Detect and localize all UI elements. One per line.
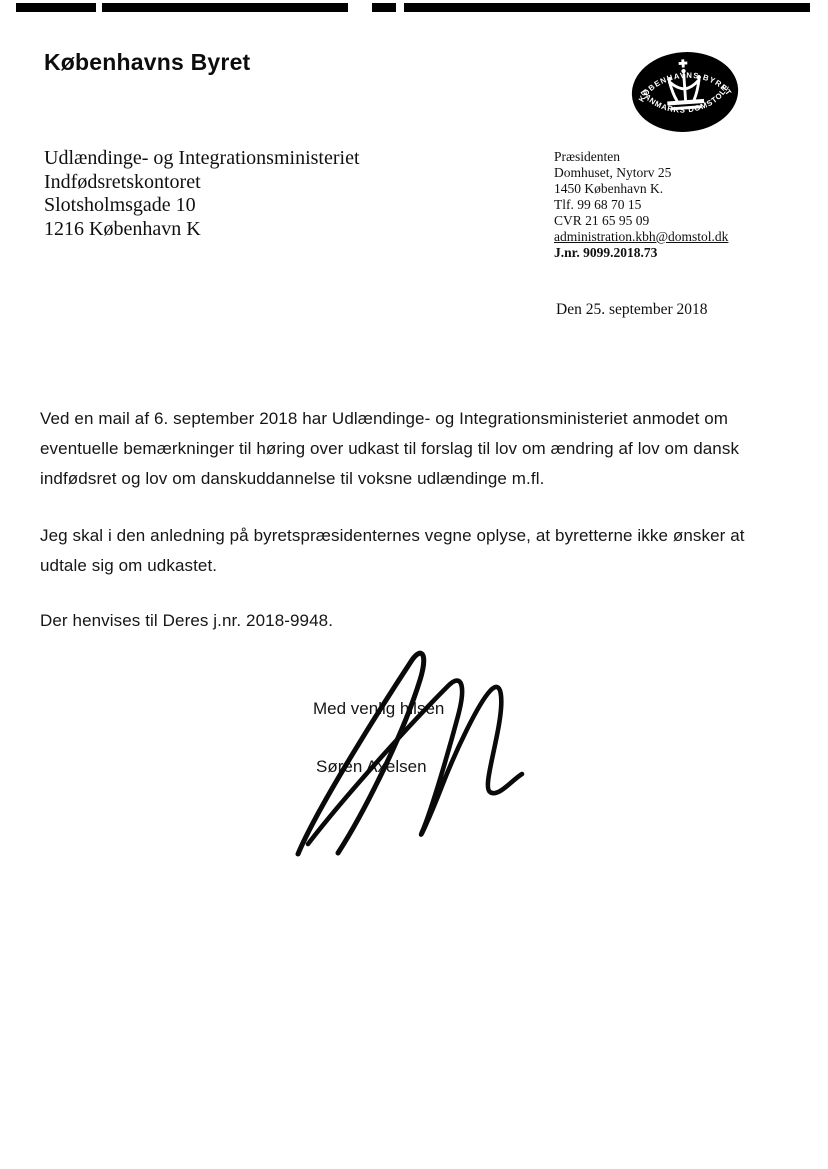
scan-artifact-segment <box>372 3 396 12</box>
body-line: indfødsret og lov om danskuddannelse til… <box>40 464 785 494</box>
scan-artifact-segment <box>102 3 348 12</box>
body-paragraph-3: Der henvises til Deres j.nr. 2018-9948. <box>40 606 785 636</box>
recipient-line: Udlændinge- og Integrationsministeriet <box>44 147 360 171</box>
sender-line: CVR 21 65 95 09 <box>554 213 784 229</box>
sender-line: Domhuset, Nytorv 25 <box>554 165 784 181</box>
court-name-heading: Københavns Byret <box>44 49 250 76</box>
sender-line: Tlf. 99 68 70 15 <box>554 197 784 213</box>
scan-artifact-segment <box>16 3 96 12</box>
letter-page: Københavns Byret KØBENHAVNS BYRET DANMAR… <box>0 0 828 1169</box>
body-paragraph-2: Jeg skal i den anledning på byretspræsid… <box>40 521 785 581</box>
court-seal: KØBENHAVNS BYRET DANMARKS DOMSTOLE <box>625 43 745 141</box>
recipient-address-block: Udlændinge- og Integrationsministeriet I… <box>44 147 360 241</box>
letter-date: Den 25. september 2018 <box>556 301 708 319</box>
sender-line: Præsidenten <box>554 149 784 165</box>
recipient-line: Slotsholmsgade 10 <box>44 194 360 218</box>
body-line: udtale sig om udkastet. <box>40 551 785 581</box>
handwritten-signature <box>290 646 528 860</box>
scan-artifact-segment <box>404 3 810 12</box>
signature-icon <box>290 646 528 860</box>
recipient-line: 1216 København K <box>44 218 360 242</box>
journal-number: J.nr. 9099.2018.73 <box>554 245 784 261</box>
body-line: eventuelle bemærkninger til høring over … <box>40 434 785 464</box>
sender-email: administration.kbh@domstol.dk <box>554 229 784 245</box>
crown-seal-icon: KØBENHAVNS BYRET DANMARKS DOMSTOLE <box>625 43 745 141</box>
sender-line: 1450 København K. <box>554 181 784 197</box>
sender-info-block: Præsidenten Domhuset, Nytorv 25 1450 Køb… <box>554 149 784 261</box>
body-paragraph-1: Ved en mail af 6. september 2018 har Udl… <box>40 404 785 494</box>
recipient-line: Indfødsretskontoret <box>44 171 360 195</box>
body-line: Ved en mail af 6. september 2018 har Udl… <box>40 404 785 434</box>
body-line: Jeg skal i den anledning på byretspræsid… <box>40 521 785 551</box>
